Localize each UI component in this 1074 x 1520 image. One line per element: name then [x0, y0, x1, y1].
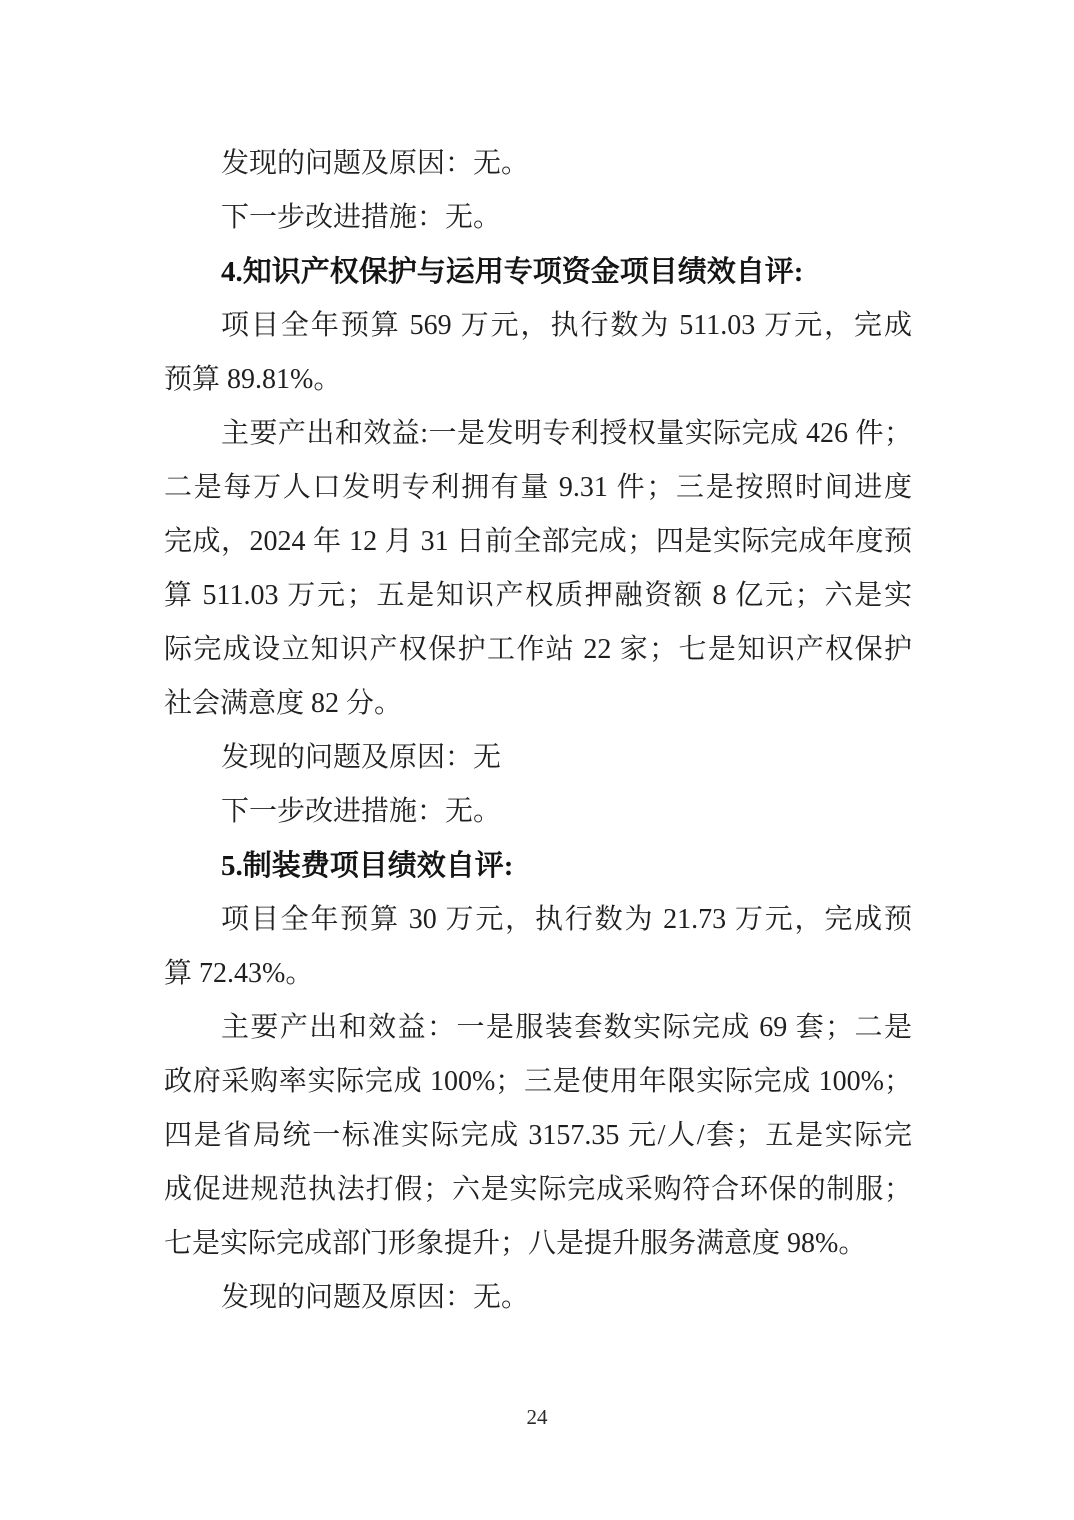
- text-line: 主要产出和效益:一是发明专利授权量实际完成 426 件；: [164, 407, 912, 461]
- text-line: 政府采购率实际完成 100%；三是使用年限实际完成 100%；: [164, 1055, 912, 1109]
- section-heading: 5.制装费项目绩效自评:: [164, 839, 912, 893]
- text-line: 二是每万人口发明专利拥有量 9.31 件；三是按照时间进度: [164, 461, 912, 515]
- text-line: 项目全年预算 569 万元，执行数为 511.03 万元，完成: [164, 299, 912, 353]
- text-line: 下一步改进措施：无。: [164, 785, 912, 839]
- text-line: 下一步改进措施：无。: [164, 191, 912, 245]
- section-heading: 4.知识产权保护与运用专项资金项目绩效自评:: [164, 245, 912, 299]
- text-line: 算 72.43%。: [164, 947, 912, 1001]
- text-line: 项目全年预算 30 万元，执行数为 21.73 万元，完成预: [164, 893, 912, 947]
- text-line: 发现的问题及原因：无。: [164, 137, 912, 191]
- text-line: 主要产出和效益：一是服装套数实际完成 69 套；二是: [164, 1001, 912, 1055]
- text-line: 成促进规范执法打假；六是实际完成采购符合环保的制服；: [164, 1163, 912, 1217]
- text-line: 发现的问题及原因：无: [164, 731, 912, 785]
- text-line: 七是实际完成部门形象提升；八是提升服务满意度 98%。: [164, 1217, 912, 1271]
- text-line: 际完成设立知识产权保护工作站 22 家；七是知识产权保护: [164, 623, 912, 677]
- text-line: 完成，2024 年 12 月 31 日前全部完成；四是实际完成年度预: [164, 515, 912, 569]
- text-line: 算 511.03 万元；五是知识产权质押融资额 8 亿元；六是实: [164, 569, 912, 623]
- text-line: 预算 89.81%。: [164, 353, 912, 407]
- text-line: 发现的问题及原因：无。: [164, 1271, 912, 1325]
- document-body: 发现的问题及原因：无。下一步改进措施：无。4.知识产权保护与运用专项资金项目绩效…: [164, 137, 912, 1325]
- text-line: 社会满意度 82 分。: [164, 677, 912, 731]
- text-line: 四是省局统一标准实际完成 3157.35 元/人/套；五是实际完: [164, 1109, 912, 1163]
- page-number: 24: [0, 1402, 1074, 1432]
- document-page: 发现的问题及原因：无。下一步改进措施：无。4.知识产权保护与运用专项资金项目绩效…: [0, 0, 1074, 1520]
